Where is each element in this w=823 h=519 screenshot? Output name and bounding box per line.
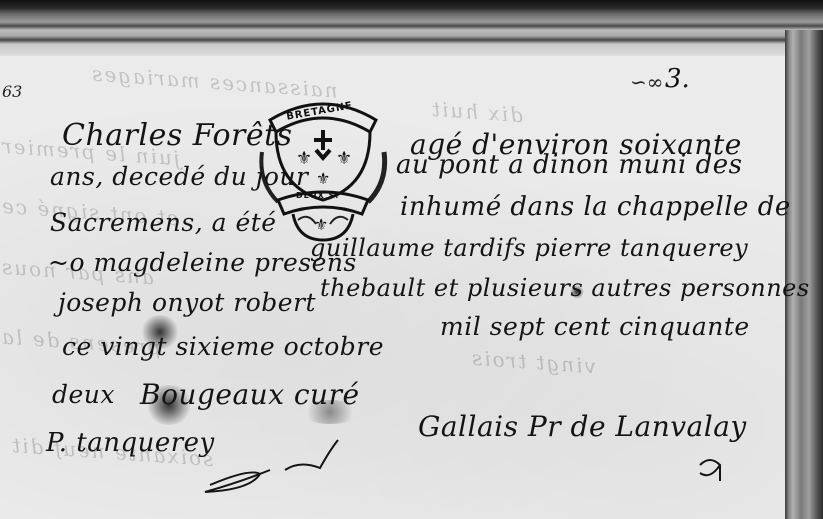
- record-line-6-left: ce vingt sixieme octobre: [62, 332, 384, 361]
- signature-flourish-icon: [190, 430, 350, 500]
- margin-number: 63: [2, 82, 22, 101]
- record-line-3-right: inhumé dans la chappelle de: [400, 192, 791, 222]
- folio-number: 3.: [665, 64, 690, 94]
- document-scan: naissances mariages juin le premier et o…: [0, 0, 823, 519]
- signature-end-flourish-icon: [690, 445, 740, 485]
- record-line-2-left: ans, decedé du jour: [50, 162, 308, 191]
- record-line-5-left: joseph onyot robert: [58, 288, 316, 317]
- record-line-2-right: au pont a dinon muni des: [396, 150, 743, 180]
- record-line-7-left: deux: [52, 380, 115, 409]
- binding-edge-top: [0, 0, 823, 58]
- record-line-4-right: guillaume tardifs pierre tanquerey: [310, 234, 748, 262]
- svg-text:⚜: ⚜: [336, 148, 352, 169]
- folio-flourish: ∽∞: [630, 70, 663, 94]
- record-line-3-left: Sacremens, a été: [50, 208, 277, 237]
- record-line-7-right: Bougeaux curé: [140, 378, 360, 411]
- record-line-6-right: mil sept cent cinquante: [440, 312, 750, 341]
- record-line-1-left: Charles Forêts: [62, 118, 293, 153]
- stamp-bottom-text: DEUX S.: [296, 191, 339, 200]
- svg-text:⚜: ⚜: [314, 215, 328, 234]
- record-line-5-right: thebault et plusieurs autres personnes: [320, 274, 810, 302]
- svg-text:⚜: ⚜: [316, 169, 330, 188]
- signature-gallais: Gallais Pr de Lanvalay: [418, 410, 747, 443]
